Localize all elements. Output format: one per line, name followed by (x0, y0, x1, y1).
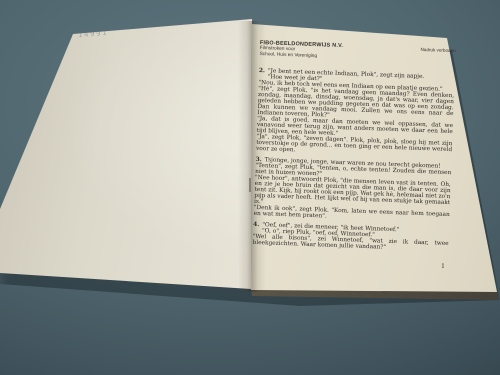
story-section-3: 3.Tsjonge, jonge, jonge, waar waren ze n… (254, 157, 452, 224)
section-number: 4. (253, 222, 262, 228)
section-number: 2. (259, 68, 268, 74)
photo-of-open-booklet: 14991 FIBO-BEELDONDERWIJS N.V. Filmstrok… (0, 0, 500, 375)
story-section-2: 2."Je bent net een echte Indiaan, Plok",… (256, 68, 455, 159)
publisher-block: FIBO-BEELDONDERWIJS N.V. Filmstroken voo… (259, 40, 343, 60)
story-section-4: 4."Oef, oef", zei die meneer, "ik heet W… (252, 222, 449, 253)
story-text: 2."Je bent net een echte Indiaan, Plok",… (252, 68, 454, 253)
header-right-note: Nadruk verboden (420, 47, 455, 53)
right-page-content: FIBO-BEELDONDERWIJS N.V. Filmstroken voo… (252, 40, 456, 270)
staple (249, 178, 251, 192)
